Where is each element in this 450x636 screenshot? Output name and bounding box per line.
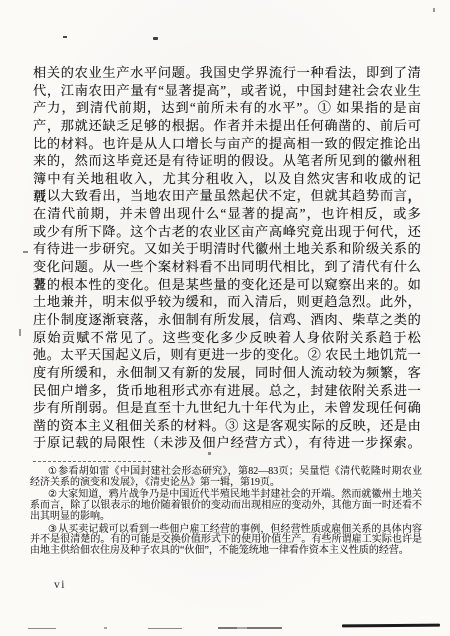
footnote-text: 参看胡如雷《中国封建社会形态研究》，第82—83页；吴量恺《清代乾隆时期农业经济… [30,466,422,488]
footnote-text: 从买卖记载可以看到一些佃户雇工经营的事例，但经营性质或雇佃关系的具体内容并不是很… [30,524,422,557]
text-line: 比的材料。也许是从人口增长与亩产的提高相一致的假定推论出 [33,135,421,153]
page-edge-mark [104,627,107,629]
scan-speck [433,8,435,12]
footnote-marker: ① [48,466,57,477]
text-line: 度有所缓和，永佃制又有新的发展，同时佃人流动较为频繁，客 [33,364,421,382]
text-line: 原始贡赋不常见了。这些变化多少反映着人身依附关系趋于松 [33,329,421,347]
scan-speck [23,251,28,253]
footnote-marker: ② [48,489,57,500]
text-line: 相关的农业生产水平问题。我国史学界流行一种看法，即到了清 [33,64,421,82]
text-line: 步有所削弱。但是直至十九世纪九十年代为止，未曾发现任何确 [33,399,421,417]
text-line: 产力，到清代前期，达到“前所未有的水平”。① 如果指的是亩 [33,99,421,117]
text-line: 土地兼并，明末似乎较为缓和，而入清后，则更趋急烈。此外， [33,293,421,311]
text-line: 凿的资本主义租佃关系的材料。③ 这是客观实际的反映，还是由 [33,417,421,435]
footnote-list: ①参看胡如雷《中国封建社会形态研究》，第82—83页；吴量恺《清代乾隆时期农业经… [30,467,422,557]
text-line: 弛。太平天国起义后，则有更进一步的变化。② 农民土地饥荒一 [33,346,421,364]
scanned-book-page: 相关的农业生产水平问题。我国史学界流行一种看法，即到了清代，江南农田产量有“显著… [0,0,450,636]
text-line: 代，江南农田产量有“显著提高”，或者说，中国封建社会农业生 [33,82,421,100]
text-line: 变化问题。从一些个案材料看不出同明代相比，到了清代有什么显 [33,258,421,276]
scan-speck [63,36,67,38]
text-line: 于原记载的局限性（未涉及佃户经营方式），有待进一步探索。 [33,434,421,452]
page-edge-mark [342,624,440,628]
text-line: 著的根本性的变化。但是某些量的变化还是可以窥察出来的。如 [33,276,421,294]
text-line: 庄仆制度逐渐衰落，永佃制有所发展，信鸡、酒肉、柴草之类的 [33,311,421,329]
page-number: vi [54,579,66,591]
text-line: 可以大致看出，当地农田产量虽然起伏不定，但就其趋势而言， [33,187,421,205]
text-line: 来的，然而这毕竟还是有待证明的假设。从笔者所见到的徽州租 [33,152,421,170]
footnote-item: ②大家知道，鸦片战争乃是中国近代半殖民地半封建社会的开端。然而就徽州土地关系而言… [30,490,422,523]
text-line: 产，那就还缺乏足够的根据。作者并未提出任何确凿的、前后可 [33,117,421,135]
text-line: 在清代前期，并未曾出现什么“显著的提高”，也许相反，或多 [33,205,421,223]
footnote-item: ③从买卖记载可以看到一些佃户雇工经营的事例，但经营性质或雇佃关系的具体内容并不是… [30,525,422,558]
footnote-item: ①参看胡如雷《中国封建社会形态研究》，第82—83页；吴量恺《清代乾隆时期农业经… [30,467,422,489]
footnote-separator-rule [33,461,151,462]
page-edge-mark [218,627,282,629]
scan-speck [153,37,158,40]
text-line: 簿中有关地租收入，尤其分租收入，以及自然灾害和收成的记载， [33,170,421,188]
page-edge-mark [148,628,182,629]
footnote-text: 大家知道，鸦片战争乃是中国近代半殖民地半封建社会的开端。然而就徽州土地关系而言，… [30,489,422,522]
footnote-marker: ③ [48,524,57,535]
text-line: 或少有所下降。这个古老的农业区亩产高峰究竟出现于何代，还 [33,223,421,241]
page-edge-mark [28,628,56,629]
scan-speck [208,452,211,455]
scan-speck [19,329,21,336]
footnotes-block: ①参看胡如雷《中国封建社会形态研究》，第82—83页；吴量恺《清代乾隆时期农业经… [30,467,422,559]
main-text-block: 相关的农业生产水平问题。我国史学界流行一种看法，即到了清代，江南农田产量有“显著… [33,64,421,452]
text-line: 有待进一步研究。又如关于明清时代徽州土地关系和阶级关系的 [33,240,421,258]
text-line-list: 相关的农业生产水平问题。我国史学界流行一种看法，即到了清代，江南农田产量有“显著… [33,64,421,452]
text-line: 民佃户增多，货币地租形式亦有进展。总之，封建依附关系进一 [33,382,421,400]
